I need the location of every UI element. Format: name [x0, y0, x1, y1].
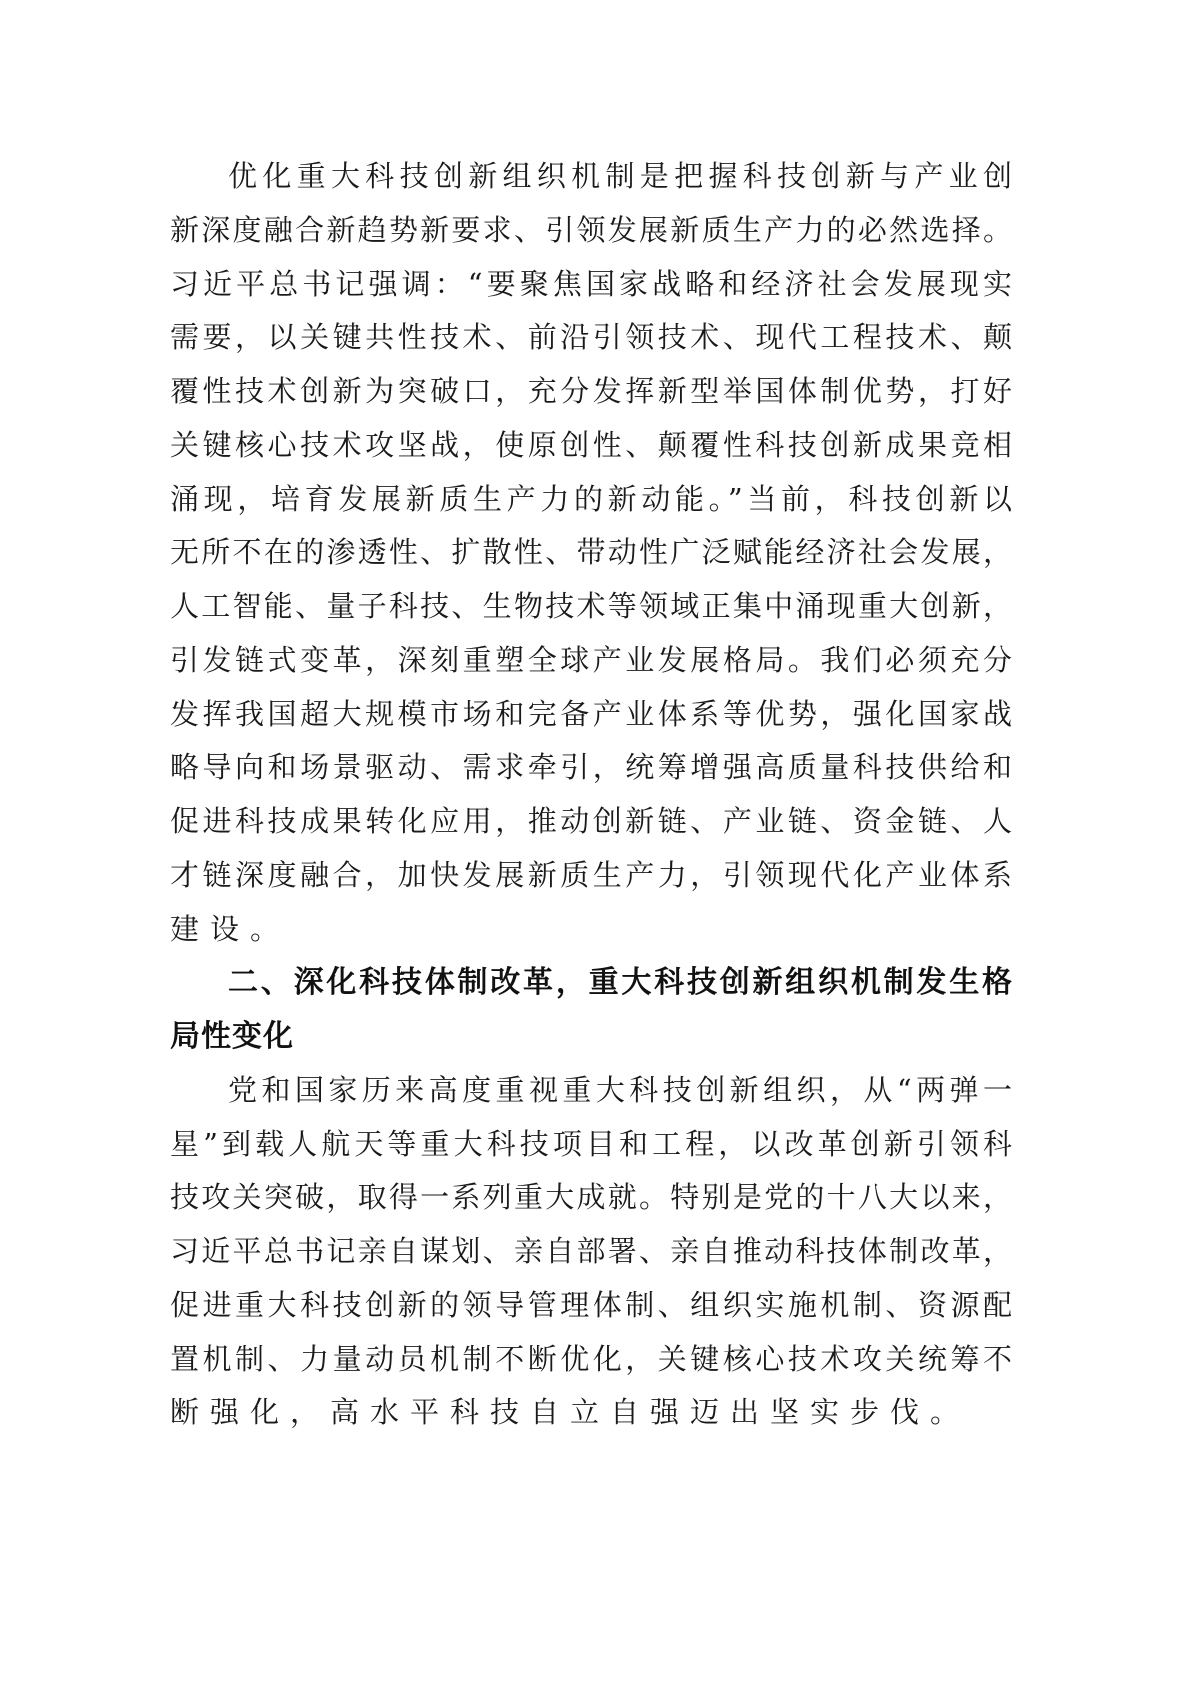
paragraph-line: 星”到载人航天等重大科技项目和工程，以改革创新引领科	[170, 1118, 1012, 1172]
paragraph-line: 促进科技成果转化应用，推动创新链、产业链、资金链、人	[170, 795, 1012, 849]
paragraph-line: 断强化，高水平科技自立自强迈出坚实步伐。	[170, 1386, 1012, 1440]
paragraph-line: 习近平总书记强调：“要聚焦国家战略和经济社会发展现实	[170, 258, 1012, 312]
paragraph-line: 建设。	[170, 903, 1012, 957]
paragraph-line: 置机制、力量动员机制不断优化，关键核心技术攻关统筹不	[170, 1333, 1012, 1387]
paragraph-line: 需要，以关键共性技术、前沿引领技术、现代工程技术、颠	[170, 311, 1012, 365]
paragraph-1: 优化重大科技创新组织机制是把握科技创新与产业创 新深度融合新趋势新要求、引领发展…	[170, 150, 1012, 956]
heading-line: 二、深化科技体制改革，重大科技创新组织机制发生格	[170, 956, 1012, 1010]
paragraph-line: 无所不在的渗透性、扩散性、带动性广泛赋能经济社会发展，	[170, 526, 1012, 580]
paragraph-line: 略导向和场景驱动、需求牵引，统筹增强高质量科技供给和	[170, 741, 1012, 795]
section-heading: 二、深化科技体制改革，重大科技创新组织机制发生格 局性变化	[170, 956, 1012, 1064]
paragraph-line: 发挥我国超大规模市场和完备产业体系等优势，强化国家战	[170, 688, 1012, 742]
paragraph-line: 涌现，培育发展新质生产力的新动能。”当前，科技创新以	[170, 473, 1012, 527]
paragraph-2: 党和国家历来高度重视重大科技创新组织，从“两弹一 星”到载人航天等重大科技项目和…	[170, 1064, 1012, 1440]
paragraph-line: 促进重大科技创新的领导管理体制、组织实施机制、资源配	[170, 1279, 1012, 1333]
paragraph-line: 党和国家历来高度重视重大科技创新组织，从“两弹一	[170, 1064, 1012, 1118]
paragraph-line: 技攻关突破，取得一系列重大成就。特别是党的十八大以来，	[170, 1171, 1012, 1225]
paragraph-line: 覆性技术创新为突破口，充分发挥新型举国体制优势，打好	[170, 365, 1012, 419]
paragraph-line: 习近平总书记亲自谋划、亲自部署、亲自推动科技体制改革，	[170, 1225, 1012, 1279]
heading-line: 局性变化	[170, 1010, 1012, 1064]
document-page: 优化重大科技创新组织机制是把握科技创新与产业创 新深度融合新趋势新要求、引领发展…	[0, 0, 1190, 1683]
document-body: 优化重大科技创新组织机制是把握科技创新与产业创 新深度融合新趋势新要求、引领发展…	[170, 150, 1012, 1440]
paragraph-line: 优化重大科技创新组织机制是把握科技创新与产业创	[170, 150, 1012, 204]
paragraph-line: 才链深度融合，加快发展新质生产力，引领现代化产业体系	[170, 849, 1012, 903]
paragraph-line: 关键核心技术攻坚战，使原创性、颠覆性科技创新成果竞相	[170, 419, 1012, 473]
paragraph-line: 人工智能、量子科技、生物技术等领域正集中涌现重大创新，	[170, 580, 1012, 634]
paragraph-line: 引发链式变革，深刻重塑全球产业发展格局。我们必须充分	[170, 634, 1012, 688]
paragraph-line: 新深度融合新趋势新要求、引领发展新质生产力的必然选择。	[170, 204, 1012, 258]
